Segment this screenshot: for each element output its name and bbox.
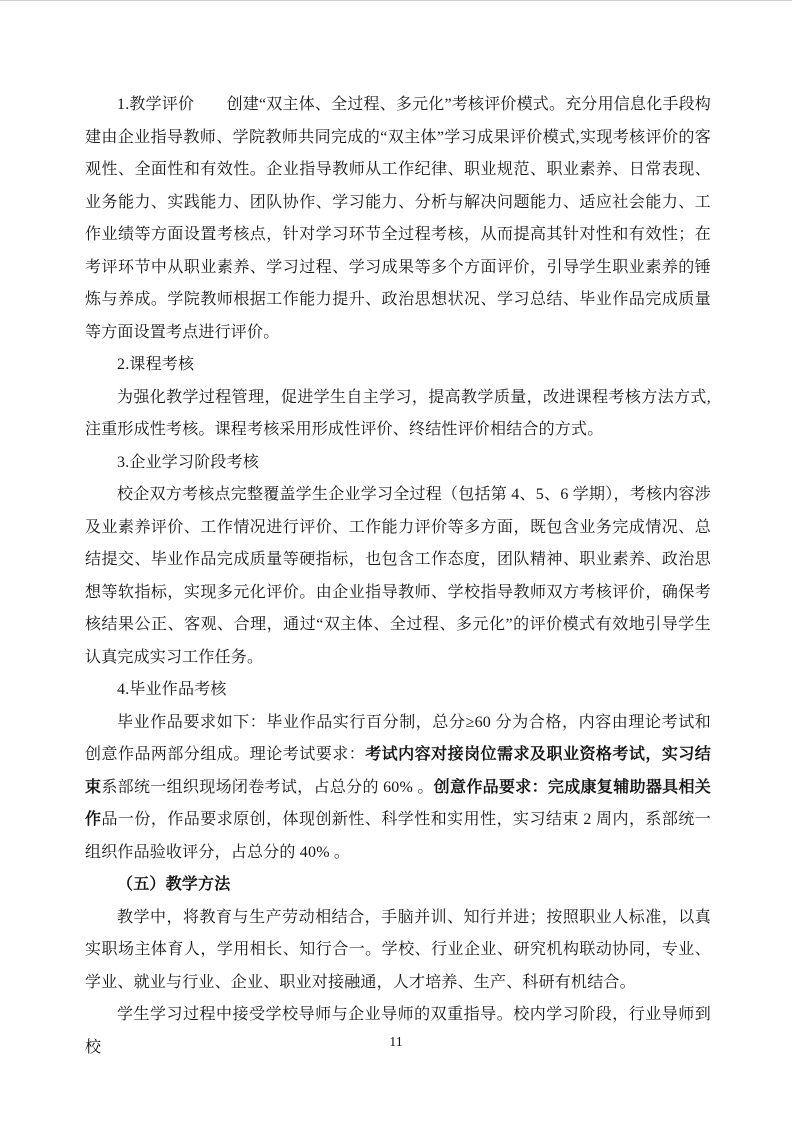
document-body: 1.教学评价 创建“双主体、全过程、多元化”考核评价模式。充分用信息化手段构建由… [85, 89, 711, 1064]
graduation-run-5: 品一份，作品要求原创，体现创新性、科学性和实用性，实习结束 2 周内，系部统一组… [85, 811, 711, 861]
paragraph-course-assessment: 为强化教学过程管理，促进学生自主学习，提高教学质量，改进课程考核方法方式,注重形… [85, 382, 711, 447]
document-page: { "document": { "sections": { "teaching_… [0, 0, 792, 1121]
paragraph-dual-tutor-guidance: 学生学习过程中接受学校导师与企业导师的双重指导。校内学习阶段，行业导师到校 [85, 999, 711, 1064]
paragraph-teaching-method: 教学中，将教育与生产劳动相结合，手脑并训、知行并进；按照职业人标准，以真实职场主… [85, 902, 711, 1000]
paragraph-graduation-work-assessment: 毕业作品要求如下：毕业作品实行百分制，总分≥60 分为合格，内容由理论考试和创意… [85, 707, 711, 870]
graduation-run-3: 系部统一组织现场闭卷考试，占总分的 60% 。 [101, 779, 433, 796]
page-number: 11 [0, 1033, 792, 1053]
paragraph-teaching-evaluation: 1.教学评价 创建“双主体、全过程、多元化”考核评价模式。充分用信息化手段构建由… [85, 89, 711, 349]
heading-enterprise-learning-assessment: 3.企业学习阶段考核 [85, 447, 711, 480]
paragraph-enterprise-learning-assessment: 校企双方考核点完整覆盖学生企业学习全过程（包括第 4、5、6 学期），考核内容涉… [85, 479, 711, 674]
heading-teaching-method: （五）教学方法 [85, 869, 711, 902]
heading-course-assessment: 2.课程考核 [85, 349, 711, 382]
heading-graduation-work-assessment: 4.毕业作品考核 [85, 674, 711, 707]
